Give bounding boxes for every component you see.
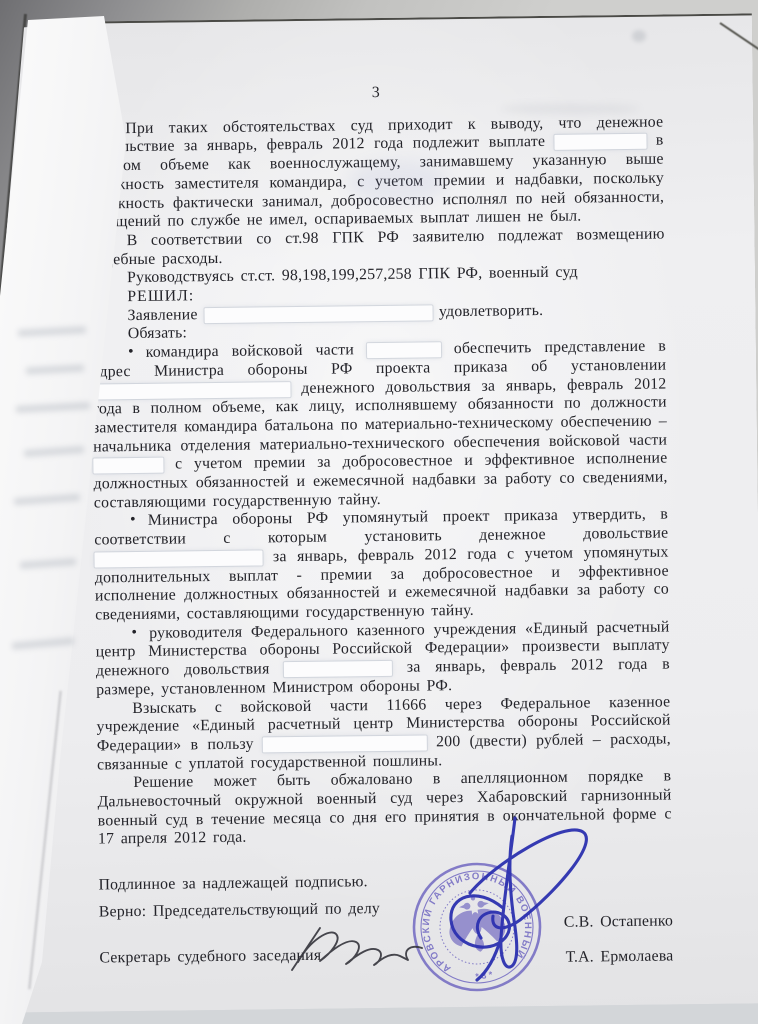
scan-smudge: [632, 30, 646, 42]
text-segment: удовлетворить.: [439, 302, 544, 320]
secretary-name: Т.А. Ермолаева: [566, 947, 674, 967]
footer-block: Подлинное за надлежащей подписью. Верно:…: [98, 870, 673, 968]
bullet-marker: •: [131, 624, 137, 643]
secretary-row: Секретарь судебного заседания Т.А. Ермол…: [99, 942, 673, 968]
redaction-box: [93, 458, 163, 474]
text-segment: Министра обороны РФ упомянутый проект пр…: [94, 506, 668, 549]
bullet-marker: •: [128, 343, 134, 362]
redaction-box: [554, 134, 646, 150]
redaction-box: [94, 550, 262, 567]
redaction-box: [367, 342, 441, 358]
text-segment: Заявление: [127, 306, 197, 324]
judge-name: С.В. Остапенко: [564, 912, 673, 932]
redaction-box: [204, 305, 432, 323]
redaction-box: [92, 382, 290, 399]
redaction-box: [284, 661, 392, 677]
authentic-note: Подлинное за надлежащей подписью.: [98, 870, 672, 896]
bullet-erc-head: •руководителя Федерального казенного учр…: [95, 618, 670, 700]
text-segment: командира войсковой части: [146, 341, 354, 361]
text-segment: с учетом премии за добросовестное и эффе…: [94, 450, 668, 511]
scan-smudge: [348, 160, 448, 204]
judge-row: Верно: Председательствующий по делу С.В.…: [99, 896, 673, 922]
scan-smudge: [500, 104, 640, 114]
paragraph-recover-fee: Взыскать с войсковой части 11666 через Ф…: [96, 693, 671, 775]
bullet-minister: •Министра обороны РФ упомянутый проект п…: [94, 506, 669, 625]
bullet-marker: •: [130, 511, 136, 530]
page-number: 3: [89, 81, 663, 107]
text-block: 3 При таких обстоятельствах суд приходит…: [89, 81, 674, 968]
redaction-box: [263, 735, 427, 752]
bullet-commander: •командира войсковой части обеспечить пр…: [92, 338, 668, 513]
secretary-label: Секретарь судебного заседания: [99, 946, 321, 967]
verno-label: Верно: Председательствующий по делу: [99, 900, 380, 922]
paragraph-appeal: Решение может быть обжаловано в апелляци…: [97, 768, 672, 850]
